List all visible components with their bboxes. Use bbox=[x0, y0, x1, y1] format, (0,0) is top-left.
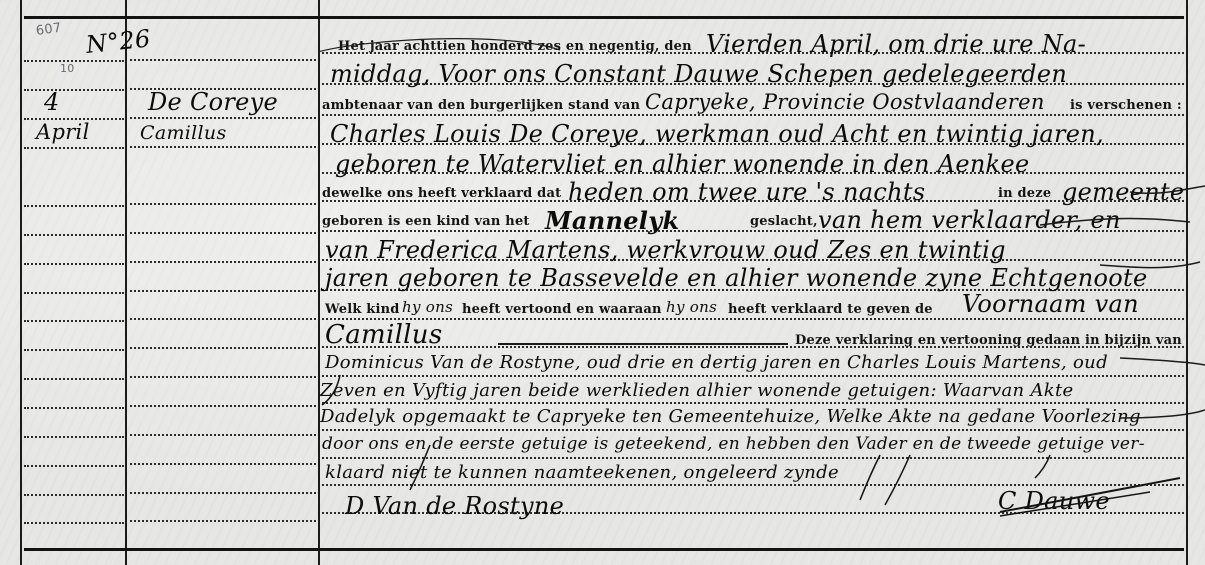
ruled-line bbox=[24, 320, 124, 322]
ruled-line bbox=[24, 465, 124, 467]
right-margin-rule bbox=[1186, 0, 1188, 565]
column-rule-1 bbox=[125, 0, 127, 565]
ruled-line bbox=[24, 436, 124, 438]
handwritten-text: gemeente bbox=[1062, 178, 1184, 206]
record-date-month: April bbox=[36, 120, 90, 144]
handwritten-text: Mannelyk bbox=[545, 206, 679, 235]
ruled-line bbox=[130, 434, 316, 436]
handwritten-text: middag, Voor ons Constant Dauwe Schepen … bbox=[330, 60, 1067, 88]
handwritten-text: hy ons bbox=[402, 298, 453, 316]
ruled-line bbox=[24, 147, 124, 149]
ruled-line bbox=[322, 375, 1184, 377]
ruled-line bbox=[130, 520, 316, 522]
ruled-line bbox=[130, 59, 316, 61]
ruled-line bbox=[24, 378, 124, 380]
ruled-line bbox=[322, 484, 1184, 486]
printed-text: heeft verklaard te geven de bbox=[728, 302, 933, 317]
pencil-note-bottom: 10 bbox=[60, 62, 75, 75]
ruled-line bbox=[322, 457, 1184, 459]
ruled-line bbox=[24, 349, 124, 351]
ruled-line bbox=[24, 522, 124, 524]
ruled-line bbox=[24, 263, 124, 265]
ruled-line bbox=[322, 429, 1184, 431]
printed-text: Deze verklaring en vertooning gedaan in … bbox=[795, 333, 1182, 348]
ruled-line bbox=[130, 290, 316, 292]
handwritten-text: Camillus bbox=[325, 320, 442, 350]
printed-text: geboren is een kind van het bbox=[322, 214, 530, 229]
ruled-line bbox=[130, 318, 316, 320]
printed-text: heeft vertoond en waaraan bbox=[462, 302, 662, 317]
subject-given-name: Camillus bbox=[140, 122, 227, 144]
handwritten-text: Charles Louis De Coreye, werkman oud Ach… bbox=[330, 120, 1104, 148]
record-date-day: 4 bbox=[44, 88, 60, 116]
ruled-line bbox=[130, 146, 316, 148]
ruled-line bbox=[24, 89, 124, 91]
printed-text: Welk kind bbox=[325, 302, 400, 317]
column-rule-2 bbox=[318, 0, 320, 565]
handwritten-text: Dadelyk opgemaakt te Capryeke ten Gemeen… bbox=[320, 406, 1141, 427]
record-separator-bottom bbox=[24, 548, 1184, 551]
handwritten-text: Dominicus Van de Rostyne, oud drie en de… bbox=[325, 352, 1108, 373]
official-signature: C Dauwe bbox=[998, 487, 1110, 515]
record-separator-top bbox=[24, 16, 1184, 19]
ruled-line bbox=[24, 494, 124, 496]
left-margin-rule bbox=[20, 0, 22, 565]
ruled-line bbox=[130, 203, 316, 205]
printed-text: dewelke ons heeft verklaard dat bbox=[322, 186, 561, 201]
ruled-line bbox=[130, 261, 316, 263]
handwritten-text: geboren te Watervliet en alhier wonende … bbox=[335, 150, 1030, 178]
ruled-line bbox=[130, 117, 316, 119]
handwritten-text: Vierden April, om drie ure Na- bbox=[706, 30, 1086, 58]
scanned-register-page: 607 10 N°26 4 April De Coreye Camillus H… bbox=[0, 0, 1205, 565]
ruled-line bbox=[130, 347, 316, 349]
printed-text: is verschenen : bbox=[1070, 98, 1182, 113]
handwritten-text: van Frederica Martens, werkvrouw oud Zes… bbox=[325, 236, 1006, 264]
handwritten-text: Capryeke, Provincie Oostvlaanderen bbox=[645, 90, 1045, 114]
printed-text: in deze bbox=[998, 186, 1051, 201]
pencil-note-top: 607 bbox=[35, 20, 63, 38]
handwritten-text: Voornaam van bbox=[962, 290, 1139, 318]
ruled-line bbox=[24, 234, 124, 236]
printed-text: geslacht, bbox=[750, 214, 818, 229]
handwritten-text: Zeven en Vyftig jaren beide werklieden a… bbox=[320, 380, 1073, 401]
handwritten-text: hy ons bbox=[666, 298, 717, 316]
handwritten-text: klaard niet te kunnen naamteekenen, onge… bbox=[325, 462, 839, 483]
handwritten-text: door ons en de eerste getuige is geteeke… bbox=[322, 434, 1145, 454]
ruled-line bbox=[24, 292, 124, 294]
ruled-line bbox=[130, 492, 316, 494]
ruled-line bbox=[24, 205, 124, 207]
witness-signature: D Van de Rostyne bbox=[345, 492, 564, 520]
printed-text: ambtenaar van den burgerlijken stand van bbox=[322, 98, 640, 113]
ruled-line bbox=[322, 318, 1184, 320]
record-number: N°26 bbox=[85, 24, 152, 59]
ruled-line bbox=[130, 463, 316, 465]
ruled-line bbox=[322, 402, 1184, 404]
ruled-line bbox=[130, 405, 316, 407]
printed-text: Het jaar achttien honderd zes en negenti… bbox=[338, 39, 692, 54]
ruled-line bbox=[130, 232, 316, 234]
filler-line bbox=[498, 343, 788, 345]
ruled-line bbox=[130, 376, 316, 378]
ruled-line bbox=[322, 114, 1184, 116]
ruled-line bbox=[24, 407, 124, 409]
handwritten-text: van hem verklaarder, en bbox=[818, 206, 1121, 234]
handwritten-text: jaren geboren te Bassevelde en alhier wo… bbox=[325, 264, 1147, 292]
handwritten-text: heden om twee ure 's nachts bbox=[568, 178, 925, 206]
subject-surname: De Coreye bbox=[148, 88, 278, 116]
